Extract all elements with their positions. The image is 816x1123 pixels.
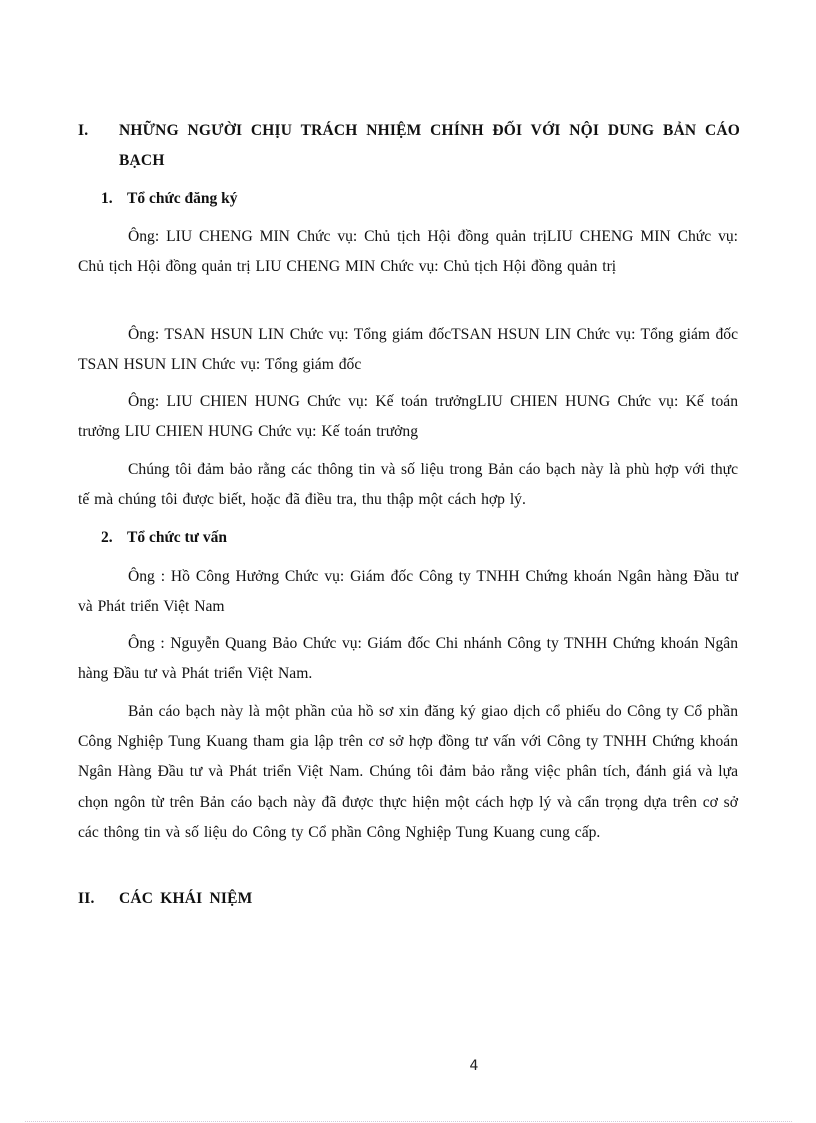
subsection-title: Tổ chức tư vấn xyxy=(127,529,227,546)
section-heading-1: I. NHỮNG NGƯỜI CHỊU TRÁCH NHIỆM CHÍNH ĐỐ… xyxy=(78,116,740,176)
section-heading-2: II. CÁC KHÁI NIỆM xyxy=(78,884,740,914)
section-title: CÁC KHÁI NIỆM xyxy=(119,884,740,914)
page-bottom-border xyxy=(25,1121,792,1122)
paragraph-prospectus-statement: Bản cáo bạch này là một phần của hồ sơ x… xyxy=(78,682,738,848)
paragraph-general-director: Ông: TSAN HSUN LIN Chức vụ: Tổng giám đố… xyxy=(78,305,738,380)
section-number: II. xyxy=(78,884,95,914)
section-number: I. xyxy=(78,116,88,146)
paragraph-guarantee: Chúng tôi đảm bảo rằng các thông tin và … xyxy=(78,440,738,515)
page-number: 4 xyxy=(0,1058,816,1074)
subsection-title: Tổ chức đăng ký xyxy=(127,190,238,207)
paragraph-advisor-branch-director: Ông : Nguyễn Quang Bảo Chức vụ: Giám đốc… xyxy=(78,614,738,689)
paragraph-advisor-director: Ông : Hồ Công Hưởng Chức vụ: Giám đốc Cô… xyxy=(78,547,738,622)
document-page: I. NHỮNG NGƯỜI CHỊU TRÁCH NHIỆM CHÍNH ĐỐ… xyxy=(0,0,816,1123)
paragraph-chief-accountant: Ông: LIU CHIEN HUNG Chức vụ: Kế toán trư… xyxy=(78,372,738,447)
section-title: NHỮNG NGƯỜI CHỊU TRÁCH NHIỆM CHÍNH ĐỐI V… xyxy=(119,116,740,176)
paragraph-chairman: Ông: LIU CHENG MIN Chức vụ: Chủ tịch Hội… xyxy=(78,207,738,282)
